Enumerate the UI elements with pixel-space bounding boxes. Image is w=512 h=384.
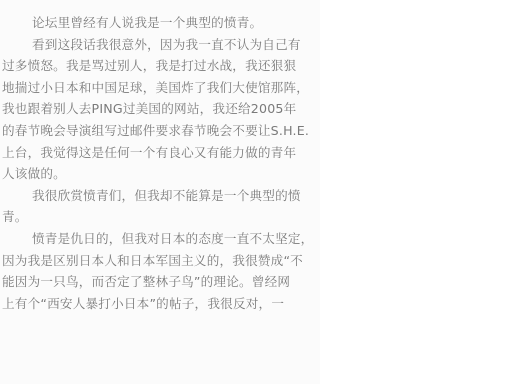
text-line: 看到这段话我很意外，因为我一直不认为自己有: [2, 34, 318, 56]
text-line: 因为我是区别日本人和日本军国主义的，我很赞成“不: [2, 250, 318, 272]
text-line: 我很欣赏愤青们，但我却不能算是一个典型的愤: [2, 185, 318, 207]
document-page: 论坛里曾经有人说我是一个典型的愤青。 看到这段话我很意外，因为我一直不认为自己有…: [0, 0, 320, 384]
text-line: 的春节晚会导演组写过邮件要求春节晚会不要让S.H.E.: [2, 120, 318, 142]
text-line: 地揣过小日本和中国足球，美国炸了我们大使馆那阵，: [2, 77, 318, 99]
text-line: 论坛里曾经有人说我是一个典型的愤青。: [2, 12, 318, 34]
text-line: 愤青是仇日的，但我对日本的态度一直不太坚定，: [2, 228, 318, 250]
text-line: 青。: [2, 206, 318, 228]
text-line: 我也跟着别人去PING过美国的网站，我还给2005年: [2, 98, 318, 120]
document-body: 论坛里曾经有人说我是一个典型的愤青。 看到这段话我很意外，因为我一直不认为自己有…: [2, 12, 318, 314]
text-line: 过多愤怒。我是骂过别人，我是打过水战，我还狠狠: [2, 55, 318, 77]
text-line: 上有个“西安人暴打小日本”的帖子，我很反对，一: [2, 293, 318, 315]
text-line: 人该做的。: [2, 163, 318, 185]
text-line: 上台，我觉得这是任何一个有良心又有能力做的青年: [2, 142, 318, 164]
text-line: 能因为一只鸟，而否定了整林子鸟”的理论。曾经网: [2, 271, 318, 293]
